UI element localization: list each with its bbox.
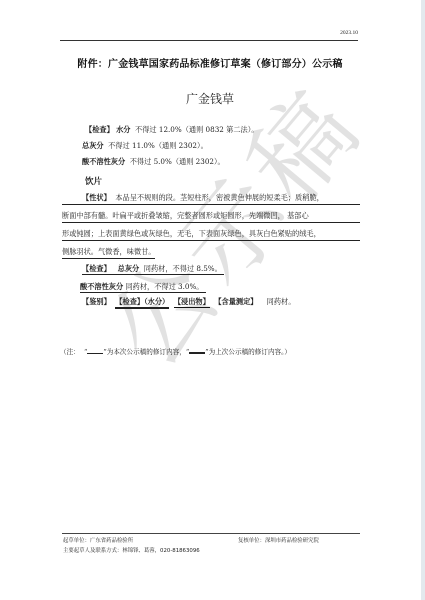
header-rule — [60, 40, 358, 41]
revision-note: （注： “”为本次公示稿的修订内容，“”为上次公示稿的修订内容。） — [60, 346, 291, 356]
note-part1: 为本次公示稿的修订内容， — [107, 348, 186, 356]
acid-ash-line: 酸不溶性灰分 不得过 5.0%（通则 2302）。 — [82, 157, 225, 167]
moisture-value: 不得过 12.0%（通则 0832 第二法）。 — [135, 125, 258, 134]
character-line-2: 断面中部有髓。叶扁平或折叠皱缩，完整者圆形或矩圆形，先端微凹， 基部心 — [62, 211, 360, 223]
pieces-total-ash-line: 【检查】 总灰分 同药材，不得过 8.5%。 — [82, 264, 224, 274]
inspection-moisture-label: 【检查】（水分） — [115, 297, 169, 309]
footer-rule — [62, 533, 360, 534]
drafting-unit: 起草单位：广东省药品检验所 — [63, 536, 133, 544]
acid-ash-item: 酸不溶性灰分 — [82, 157, 125, 166]
assay-label: 【含量测定】 — [214, 297, 257, 306]
pieces-total-ash-value: 同药材，不得过 8.5%。 — [144, 264, 222, 273]
pieces-acid-ash-item: 酸不溶性灰分 — [80, 282, 123, 291]
inspection-moisture-line: 【检查】 水分 不得过 12.0%（通则 0832 第二法）。 — [85, 125, 258, 135]
pieces-inspection-label: 【检查】 — [82, 264, 111, 273]
character-line-4: 侧脉羽状。气微香，味微甘。 — [62, 247, 155, 259]
review-unit: 复核单位：深圳市药品检验研究院 — [238, 536, 319, 544]
note-prefix: （注： — [60, 348, 80, 356]
character-line-3: 形或钝圆；上表面黄绿色或灰绿色，无毛，下表面灰绿色，具灰白色紧贴的绒毛， — [62, 229, 360, 241]
note-part2: 为上次公示稿的修订内容。） — [209, 348, 291, 356]
viewer-scrollbar[interactable] — [421, 0, 425, 600]
document-page: 公示稿 2023.10 附件：广金钱草国家药品标准修订草案（修订部分）公示稿 广… — [0, 0, 421, 600]
total-ash-line: 总灰分 不得过 11.0%（通则 2302）。 — [82, 141, 208, 151]
pieces-acid-ash-underline: 酸不溶性灰分 同药材，不得过 3.0%。 — [80, 282, 206, 293]
character-line-1: 【性状】 本品呈不规则的段。茎短柱形，密被黄色伸展的短柔毛；质稍脆， — [62, 193, 360, 205]
moisture-item: 水分 — [116, 125, 130, 134]
character-label: 【性状】 — [82, 193, 111, 202]
extract-label: 【浸出物】 — [174, 297, 210, 308]
pieces-other-items-line: 【鉴别】 【检查】（水分） 【浸出物】 【含量测定】 同药材。 — [82, 297, 295, 307]
total-ash-value: 不得过 11.0%（通则 2302）。 — [108, 141, 208, 150]
document-date: 2023.10 — [0, 30, 358, 36]
pieces-total-ash-item: 总灰分 — [118, 264, 140, 273]
herb-name-heading: 广金钱草 — [60, 90, 360, 107]
pieces-total-ash-underline: 【检查】 总灰分 同药材，不得过 8.5%。 — [82, 264, 224, 275]
inspection-label: 【检查】 — [85, 125, 114, 134]
single-underline-sample — [87, 347, 103, 354]
document-title: 附件：广金钱草国家药品标准修订草案（修订部分）公示稿 — [60, 55, 360, 70]
contact-info: 主要起草人及联系方式：林锦锋、葛蓉，020-81863096 — [63, 546, 200, 554]
character-text: 本品呈不规则的段。茎短柱形，密被黄色伸展的短柔毛；质稍脆， — [115, 193, 323, 202]
acid-ash-value: 不得过 5.0%（通则 2302）。 — [130, 157, 225, 166]
identification-label: 【鉴别】 — [82, 297, 111, 306]
pieces-acid-ash-line: 酸不溶性灰分 同药材，不得过 3.0%。 — [80, 282, 206, 292]
decoction-pieces-heading: 饮片 — [85, 175, 102, 187]
total-ash-item: 总灰分 — [82, 141, 104, 150]
double-underline-sample — [189, 346, 205, 354]
pieces-acid-ash-value: 同药材，不得过 3.0%。 — [125, 282, 203, 291]
same-as-text: 同药材。 — [267, 297, 296, 306]
